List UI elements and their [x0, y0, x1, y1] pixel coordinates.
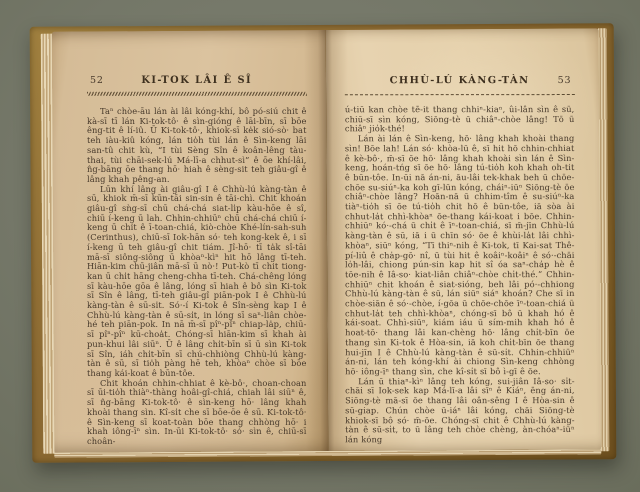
header-rule-wavy — [87, 92, 307, 96]
left-page-body: Taⁿ chòe-āu lán ài lâi kóng-khí, bô pó-s… — [87, 107, 307, 447]
book: 52 KI-TOK LÂI Ê SÎ Taⁿ chòe-āu lán ài lâ… — [30, 23, 617, 463]
paragraph: ú-tiū kan chòe tē-it thang chhiⁿ-kiaⁿ, û… — [344, 105, 574, 134]
paragraph: Chit khoán chhin-chhiat ê kè-bô·, choan-… — [87, 379, 307, 447]
left-running-title: KI-TOK LÂI Ê SÎ — [87, 75, 307, 86]
paragraph: Lūn khí lâng ài giâu-gî I ê Chhù-lú kàng… — [87, 184, 307, 378]
paragraph: Lán ài lán ê Sìn-keng, hō· lâng khah kho… — [344, 134, 574, 377]
left-page-printed-area: 52 KI-TOK LÂI Ê SÎ Taⁿ chòe-āu lán ài lâ… — [53, 31, 327, 452]
left-page-header: 52 KI-TOK LÂI Ê SÎ — [87, 75, 307, 89]
right-page-header: CHHÙ-LÚ KÀNG-TÀN 53 — [344, 75, 574, 89]
photo-background: 52 KI-TOK LÂI Ê SÎ Taⁿ chòe-āu lán ài lâ… — [0, 0, 640, 492]
right-page-body: ú-tiū kan chòe tē-it thang chhiⁿ-kiaⁿ, û… — [344, 105, 574, 445]
right-page: CHHÙ-LÚ KÀNG-TÀN 53 ú-tiū kan chòe tē-it… — [325, 28, 601, 451]
right-page-number: 53 — [557, 75, 571, 86]
left-page: 52 KI-TOK LÂI Ê SÎ Taⁿ chòe-āu lán ài lâ… — [52, 30, 328, 453]
right-page-printed-area: CHHÙ-LÚ KÀNG-TÀN 53 ú-tiū kan chòe tē-it… — [326, 29, 600, 450]
open-pages: 52 KI-TOK LÂI Ê SÎ Taⁿ chòe-āu lán ài lâ… — [52, 28, 602, 452]
paragraph: Lán ū thiaⁿ-kìⁿ lâng teh kóng, sui-jiân … — [345, 377, 575, 445]
paragraph: Taⁿ chòe-āu lán ài lâi kóng-khí, bô pó-s… — [87, 107, 307, 185]
header-rule-dashed — [344, 94, 574, 95]
right-running-title: CHHÙ-LÚ KÀNG-TÀN — [344, 75, 574, 86]
left-page-number: 52 — [90, 75, 104, 86]
